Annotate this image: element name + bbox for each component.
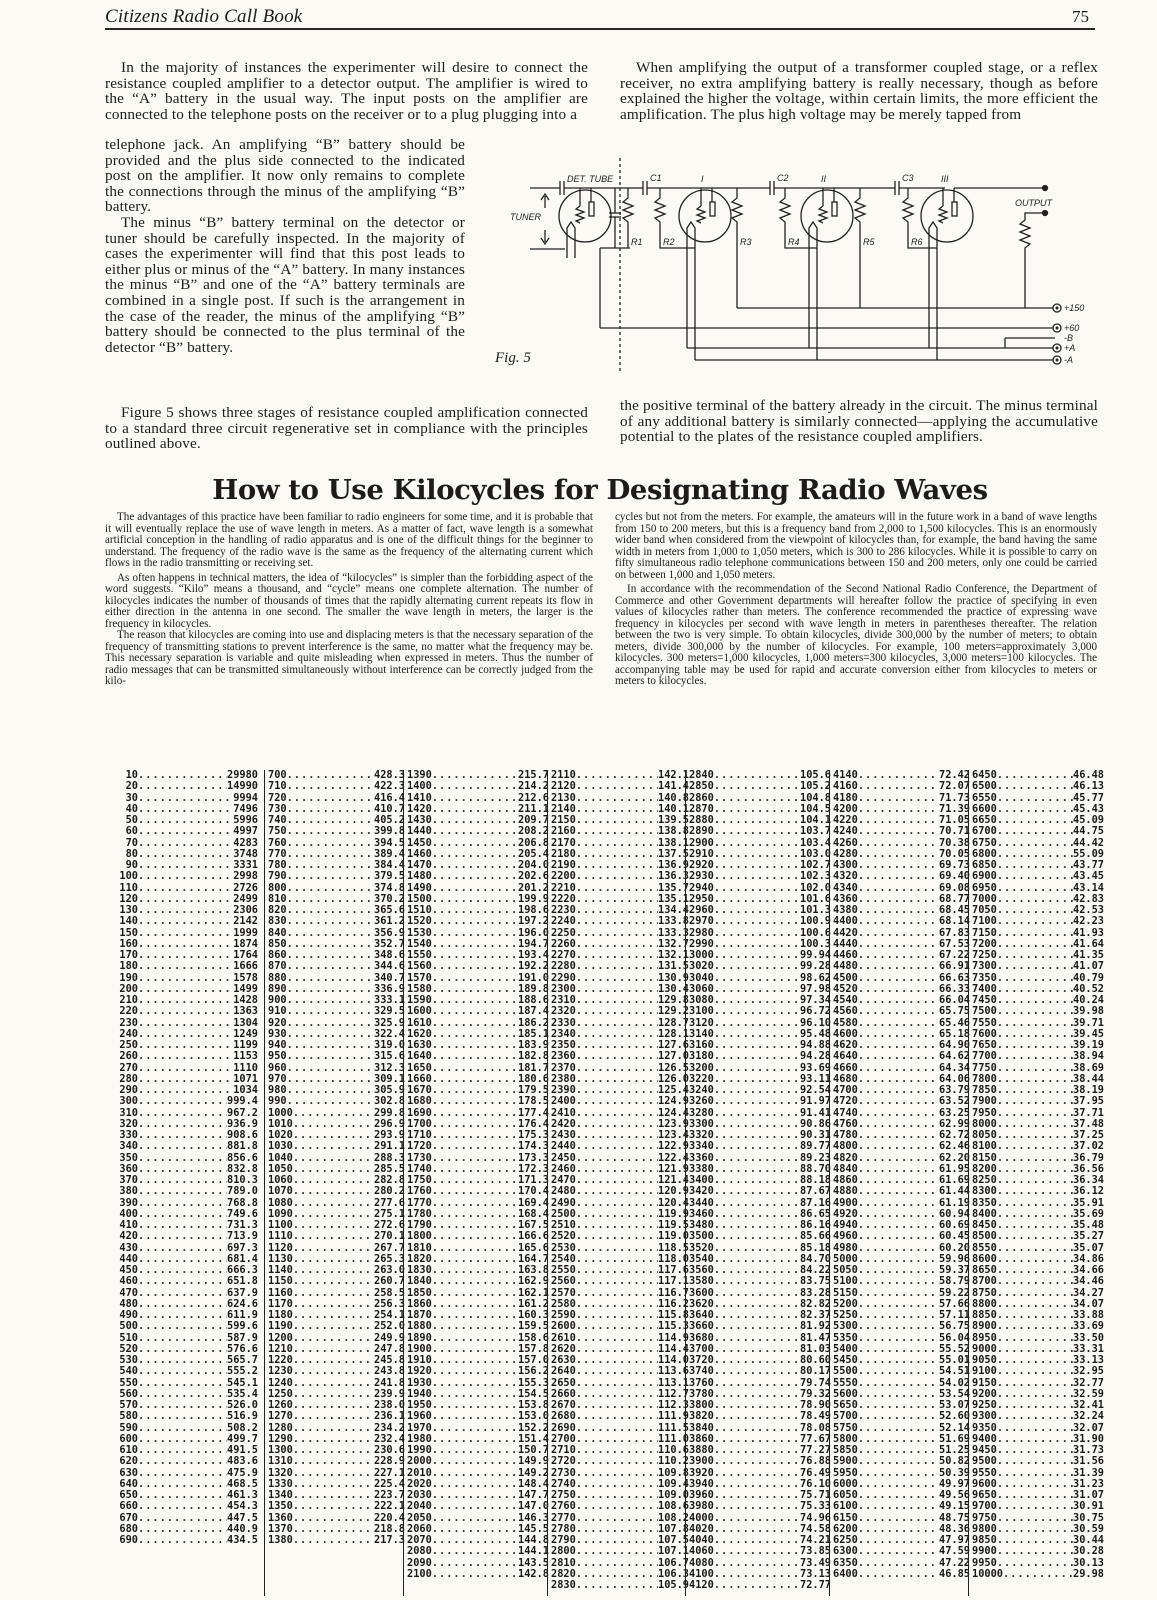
paragraph-text: telephone jack. An amplifying “B” batter… <box>105 137 465 215</box>
table-row: 1880....................159.5 <box>407 1321 549 1332</box>
leader-dots: .................... <box>138 1501 227 1512</box>
meters-or-kc-value: 2520 <box>551 1231 576 1242</box>
leader-dots: .................... <box>576 928 658 939</box>
leader-dots: .................... <box>997 1434 1073 1445</box>
leader-dots: .................... <box>432 1411 518 1422</box>
meters-or-kc-value: 6700 <box>972 826 997 837</box>
leader-dots: .................... <box>997 1445 1073 1456</box>
meters-or-kc-value: 9700 <box>972 1501 997 1512</box>
converted-value: 44.75 <box>1073 826 1104 837</box>
table-row: 2640....................113.6 <box>551 1366 689 1377</box>
leader-dots: .................... <box>858 1051 939 1062</box>
leader-dots: .................... <box>997 1411 1073 1422</box>
leader-dots: .................... <box>293 1411 374 1422</box>
leader-dots: .................... <box>576 984 658 995</box>
table-row: 5900....................50.82 <box>833 1456 970 1467</box>
table-row: 1110....................270.1 <box>268 1231 405 1242</box>
table-row: 1350....................222.1 <box>268 1501 405 1512</box>
converted-value: 85.66 <box>800 1231 831 1242</box>
meters-or-kc-value: 870 <box>268 961 287 972</box>
leader-dots: .................... <box>576 838 658 849</box>
meters-or-kc-value: 4480 <box>833 961 858 972</box>
meters-or-kc-value: 8100 <box>972 1141 997 1152</box>
meters-or-kc-value: 620 <box>108 1456 138 1467</box>
leader-dots: .................... <box>714 939 800 950</box>
meters-or-kc-value: 660 <box>108 1501 138 1512</box>
leader-dots: .................... <box>138 1524 227 1535</box>
leader-dots: .................... <box>858 1569 939 1580</box>
table-row: 4320....................69.40 <box>833 871 970 882</box>
leader-dots: .................... <box>287 804 374 815</box>
table-row: 2830....................105.9 <box>551 1580 689 1591</box>
leader-dots: .................... <box>293 1344 374 1355</box>
leader-dots: .................... <box>576 1186 658 1197</box>
converted-value: 454.3 <box>227 1501 258 1512</box>
paragraph-text: The reason that kilocycles are coming in… <box>105 630 593 688</box>
converted-value: 42.23 <box>1073 916 1104 927</box>
leader-dots: .................... <box>858 1501 939 1512</box>
leader-dots: .................... <box>714 883 800 894</box>
leader-dots: .................... <box>138 950 233 961</box>
leader-dots: .................... <box>858 1310 939 1321</box>
meters-or-kc-value: 4060 <box>689 1546 714 1557</box>
leader-dots: .................... <box>997 883 1073 894</box>
meters-or-kc-value: 9900 <box>972 1546 997 1557</box>
meters-or-kc-value: 3980 <box>689 1501 714 1512</box>
converted-value: 1153 <box>233 1051 258 1062</box>
leader-dots: .................... <box>138 1490 227 1501</box>
table-row: 2520....................119.0 <box>551 1231 689 1242</box>
leader-dots: .................... <box>997 1423 1073 1434</box>
leader-dots: .................... <box>714 1400 800 1411</box>
leader-dots: .................... <box>576 1546 658 1557</box>
leader-dots: .................... <box>287 781 374 792</box>
leader-dots: .................... <box>287 939 374 950</box>
leader-dots: .................... <box>714 1164 800 1175</box>
leader-dots: .................... <box>576 815 658 826</box>
table-row: 3580....................83.75 <box>689 1276 831 1287</box>
leader-dots: .................... <box>714 1085 800 1096</box>
paragraph-text: the positive terminal of the battery alr… <box>620 398 1098 445</box>
leader-dots: .................... <box>432 1164 518 1175</box>
table-row: 4480....................66.91 <box>833 961 970 972</box>
leader-dots: .................... <box>287 770 374 781</box>
leader-dots: .................... <box>576 1276 658 1287</box>
table-row: 660....................454.3 <box>108 1501 258 1512</box>
meters-or-kc-value: 1070 <box>268 1186 293 1197</box>
meters-or-kc-value: 1190 <box>268 1321 293 1332</box>
table-row: 870....................344.6 <box>268 961 405 972</box>
leader-dots: .................... <box>293 1321 374 1332</box>
leader-dots: .................... <box>138 1209 227 1220</box>
table-row: 1720....................174.3 <box>407 1141 549 1152</box>
meters-or-kc-value: 950 <box>268 1051 287 1062</box>
leader-dots: .................... <box>858 1276 939 1287</box>
leader-dots: .................... <box>858 1040 939 1051</box>
leader-dots: .................... <box>576 1333 658 1344</box>
meters-or-kc-value: 7100 <box>972 916 997 927</box>
meters-or-kc-value: 1270 <box>268 1411 293 1422</box>
leader-dots: .................... <box>714 1040 800 1051</box>
leader-dots: .................... <box>714 1186 800 1197</box>
meters-or-kc-value: 2360 <box>551 1051 576 1062</box>
leader-dots: .................... <box>997 1535 1073 1546</box>
converted-value: 76.88 <box>800 1456 831 1467</box>
table-row: 5700....................52.60 <box>833 1411 970 1422</box>
article-narrow-column: telephone jack. An amplifying “B” batter… <box>105 137 465 355</box>
meters-or-kc-value: 3500 <box>689 1231 714 1242</box>
leader-dots: .................... <box>432 1085 518 1096</box>
meters-or-kc-value: 2970 <box>689 916 714 927</box>
leader-dots: .................... <box>293 1265 374 1276</box>
table-row: 2000....................149.9 <box>407 1456 549 1467</box>
meters-or-kc-value: 2930 <box>689 871 714 882</box>
converted-value: 60.45 <box>939 1231 970 1242</box>
leader-dots: .................... <box>138 1468 227 1479</box>
leader-dots: .................... <box>858 1513 939 1524</box>
leader-dots: .................... <box>293 1108 374 1119</box>
leader-dots: .................... <box>997 1288 1073 1299</box>
leader-dots: .................... <box>576 1063 658 1074</box>
converted-value: 35.27 <box>1073 1231 1104 1242</box>
table-row: 500....................599.6 <box>108 1321 258 1332</box>
leader-dots: .................... <box>293 1479 374 1490</box>
meters-or-kc-value: 6100 <box>833 1501 858 1512</box>
meters-or-kc-value: 1400 <box>407 781 432 792</box>
table-row: 2280....................131.5 <box>551 961 689 972</box>
table-row: 8700....................34.46 <box>972 1276 1104 1287</box>
leader-dots: .................... <box>138 1141 227 1152</box>
table-row: 2850....................105.2 <box>689 781 831 792</box>
leader-dots: .................... <box>432 1018 518 1029</box>
table-row: 9900....................30.28 <box>972 1546 1104 1557</box>
converted-value: 39.98 <box>1073 1006 1104 1017</box>
leader-dots: .................... <box>714 1299 800 1310</box>
leader-dots: .................... <box>432 781 518 792</box>
table-row: 4800....................62.46 <box>833 1141 970 1152</box>
table-row: 4560....................65.75 <box>833 1006 970 1017</box>
table-row: 6700....................44.75 <box>972 826 1104 837</box>
leader-dots: .................... <box>997 961 1073 972</box>
leader-dots: .................... <box>138 1006 233 1017</box>
table-row: 340....................881.8 <box>108 1141 258 1152</box>
svg-text:II: II <box>821 174 827 184</box>
table-row: 1520....................197.2 <box>407 916 549 927</box>
leader-dots: .................... <box>714 838 800 849</box>
leader-dots: .................... <box>576 1400 658 1411</box>
leader-dots: .................... <box>714 1220 800 1231</box>
leader-dots: .................... <box>293 1288 374 1299</box>
table-column: 6450....................46.486500.......… <box>968 770 1104 1596</box>
converted-value: 999.4 <box>227 1096 258 1107</box>
leader-dots: .................... <box>858 1063 939 1074</box>
table-row: 790....................379.5 <box>268 871 405 882</box>
leader-dots: .................... <box>576 1321 658 1332</box>
leader-dots: .................... <box>138 905 233 916</box>
meters-or-kc-value: 1680 <box>407 1096 432 1107</box>
leader-dots: .................... <box>432 849 518 860</box>
kilocycles-right-column: cycles but not from the meters. For exam… <box>615 512 1097 688</box>
leader-dots: .................... <box>576 1434 658 1445</box>
leader-dots: .................... <box>293 1513 374 1524</box>
table-row: 2440....................122.9 <box>551 1141 689 1152</box>
leader-dots: .................... <box>576 973 658 984</box>
leader-dots: .................... <box>293 1130 374 1141</box>
meters-or-kc-value: 3260 <box>689 1096 714 1107</box>
leader-dots: .................... <box>287 793 374 804</box>
meters-or-kc-value: 3340 <box>689 1141 714 1152</box>
table-row: 6100....................49.15 <box>833 1501 970 1512</box>
meters-or-kc-value: 10000 <box>972 1569 1003 1580</box>
table-row: 20....................14990 <box>108 781 258 792</box>
table-row: 2680....................111.9 <box>551 1411 689 1422</box>
leader-dots: .................... <box>858 1141 939 1152</box>
converted-value: 182.8 <box>518 1051 549 1062</box>
leader-dots: .................... <box>576 916 658 927</box>
leader-dots: .................... <box>858 1366 939 1377</box>
leader-dots: .................... <box>997 984 1073 995</box>
leader-dots: .................... <box>858 916 939 927</box>
converted-value: 68.14 <box>939 916 970 927</box>
converted-value: 66.91 <box>939 961 970 972</box>
leader-dots: .................... <box>293 1220 374 1231</box>
meters-or-kc-value: 2400 <box>551 1096 576 1107</box>
meters-or-kc-value: 2000 <box>407 1456 432 1467</box>
converted-value: 105.2 <box>800 781 831 792</box>
table-row: 220....................1363 <box>108 1006 258 1017</box>
table-row: 1960....................153.0 <box>407 1411 549 1422</box>
converted-value: 159.5 <box>518 1321 549 1332</box>
paragraph-text: cycles but not from the meters. For exam… <box>615 512 1097 581</box>
leader-dots: .................... <box>287 1051 374 1062</box>
converted-value: 149.9 <box>518 1456 549 1467</box>
leader-dots: .................... <box>432 1029 518 1040</box>
leader-dots: .................... <box>576 1018 658 1029</box>
leader-dots: .................... <box>432 804 518 815</box>
table-row: 1680....................178.5 <box>407 1096 549 1107</box>
converted-value: 280.2 <box>374 1186 405 1197</box>
leader-dots: .................... <box>432 815 518 826</box>
leader-dots: .................... <box>997 1400 1073 1411</box>
converted-value: 89.77 <box>800 1141 831 1152</box>
meters-or-kc-value: 6400 <box>833 1569 858 1580</box>
leader-dots: .................... <box>432 1220 518 1231</box>
svg-text:OUTPUT: OUTPUT <box>1015 198 1054 208</box>
converted-value: 94.28 <box>800 1051 831 1062</box>
converted-value: 260.7 <box>374 1276 405 1287</box>
converted-value: 434.5 <box>227 1535 258 1546</box>
converted-value: 69.40 <box>939 871 970 882</box>
leader-dots: .................... <box>858 1164 939 1175</box>
table-row: 4240....................70.71 <box>833 826 970 837</box>
leader-dots: .................... <box>432 1130 518 1141</box>
leader-dots: .................... <box>432 1254 518 1265</box>
leader-dots: .................... <box>293 1209 374 1220</box>
leader-dots: .................... <box>293 1535 374 1546</box>
leader-dots: .................... <box>432 1141 518 1152</box>
leader-dots: .................... <box>997 781 1073 792</box>
leader-dots: .................... <box>858 1175 939 1186</box>
leader-dots: .................... <box>714 916 800 927</box>
leader-dots: .................... <box>997 1276 1073 1287</box>
leader-dots: .................... <box>293 1366 374 1377</box>
leader-dots: .................... <box>287 905 374 916</box>
table-row: 420....................713.9 <box>108 1231 258 1242</box>
table-row: 1840....................162.9 <box>407 1276 549 1287</box>
leader-dots: .................... <box>576 1378 658 1389</box>
paragraph-text: When amplifying the output of a transfor… <box>620 60 1098 122</box>
publication-title: Citizens Radio Call Book <box>105 6 302 28</box>
table-row: 8500....................35.27 <box>972 1231 1104 1242</box>
meters-or-kc-value: 1350 <box>268 1501 293 1512</box>
meters-or-kc-value: 2080 <box>407 1546 432 1557</box>
converted-value: 2142 <box>233 916 258 927</box>
table-row: 380....................789.0 <box>108 1186 258 1197</box>
leader-dots: .................... <box>858 939 939 950</box>
converted-value: 103.7 <box>800 826 831 837</box>
leader-dots: .................... <box>997 973 1073 984</box>
meters-or-kc-value: 1480 <box>407 871 432 882</box>
table-row: 9700....................30.91 <box>972 1501 1104 1512</box>
converted-value: 38.94 <box>1073 1051 1104 1062</box>
leader-dots: .................... <box>714 905 800 916</box>
meters-or-kc-value: 20 <box>108 781 138 792</box>
table-row: 1270....................236.1 <box>268 1411 405 1422</box>
leader-dots: .................... <box>858 1108 939 1119</box>
converted-value: 252.0 <box>374 1321 405 1332</box>
converted-value: 91.97 <box>800 1096 831 1107</box>
leader-dots: .................... <box>576 1366 658 1377</box>
leader-dots: .................... <box>576 1096 658 1107</box>
leader-dots: .................... <box>714 1018 800 1029</box>
leader-dots: .................... <box>858 1029 939 1040</box>
leader-dots: .................... <box>432 1006 518 1017</box>
meters-or-kc-value: 2480 <box>551 1186 576 1197</box>
table-row: 5300....................56.75 <box>833 1321 970 1332</box>
table-row: 2100....................142.8 <box>407 1569 549 1580</box>
leader-dots: .................... <box>714 860 800 871</box>
leader-dots: .................... <box>997 1546 1073 1557</box>
converted-value: 170.4 <box>518 1186 549 1197</box>
leader-dots: .................... <box>138 1074 233 1085</box>
leader-dots: .................... <box>576 1153 658 1164</box>
leader-dots: .................... <box>714 1490 800 1501</box>
meters-or-kc-value: 6500 <box>972 781 997 792</box>
table-column: 700....................428.3710.........… <box>264 770 405 1596</box>
leader-dots: .................... <box>576 770 658 781</box>
meters-or-kc-value: 910 <box>268 1006 287 1017</box>
leader-dots: .................... <box>714 1029 800 1040</box>
table-row: 2970....................100.9 <box>689 916 831 927</box>
leader-dots: .................... <box>997 1321 1073 1332</box>
meters-or-kc-value: 260 <box>108 1051 138 1062</box>
leader-dots: .................... <box>576 1411 658 1422</box>
leader-dots: .................... <box>287 984 374 995</box>
meters-or-kc-value: 2680 <box>551 1411 576 1422</box>
leader-dots: .................... <box>714 849 800 860</box>
converted-value: 166.6 <box>518 1231 549 1242</box>
converted-value: 222.1 <box>374 1501 405 1512</box>
table-row: 8900....................33.69 <box>972 1321 1104 1332</box>
leader-dots: .................... <box>997 849 1073 860</box>
leader-dots: .................... <box>576 1220 658 1231</box>
leader-dots: .................... <box>858 838 939 849</box>
leader-dots: .................... <box>858 793 939 804</box>
table-column: 2840....................105.62850.......… <box>685 770 831 1596</box>
meters-or-kc-value: 2640 <box>551 1366 576 1377</box>
leader-dots: .................... <box>432 1546 518 1557</box>
meters-or-kc-value: 710 <box>268 781 287 792</box>
leader-dots: .................... <box>138 1299 227 1310</box>
leader-dots: .................... <box>138 1479 227 1490</box>
converted-value: 344.6 <box>374 961 405 972</box>
table-column: 1390....................215.71400.......… <box>403 770 549 1596</box>
leader-dots: .................... <box>714 1175 800 1186</box>
leader-dots: .................... <box>287 916 374 927</box>
page-number: 75 <box>1072 7 1089 27</box>
leader-dots: .................... <box>714 1276 800 1287</box>
table-row: 9300....................32.24 <box>972 1411 1104 1422</box>
leader-dots: .................... <box>714 1389 800 1400</box>
table-row: 3100....................96.72 <box>689 1006 831 1017</box>
circuit-diagram-fig5: TUNER DET. TUBE R1 C1 R2 I R3 <box>505 148 1100 378</box>
leader-dots: .................... <box>293 1175 374 1186</box>
meters-or-kc-value: 9300 <box>972 1411 997 1422</box>
leader-dots: .................... <box>997 1456 1073 1467</box>
paragraph-text: The minus “B” battery terminal on the de… <box>105 215 465 355</box>
converted-value: 81.92 <box>800 1321 831 1332</box>
leader-dots: .................... <box>858 995 939 1006</box>
table-column: 4140....................72.424160.......… <box>829 770 970 1596</box>
leader-dots: .................... <box>858 1153 939 1164</box>
svg-text:DET. TUBE: DET. TUBE <box>567 174 614 184</box>
leader-dots: .................... <box>138 1400 227 1411</box>
table-row: 4720....................63.52 <box>833 1096 970 1107</box>
leader-dots: .................... <box>997 1006 1073 1017</box>
leader-dots: .................... <box>293 1445 374 1456</box>
leader-dots: .................... <box>576 1175 658 1186</box>
converted-value: 1363 <box>233 1006 258 1017</box>
meters-or-kc-value: 1110 <box>268 1231 293 1242</box>
leader-dots: .................... <box>138 1411 227 1422</box>
leader-dots: .................... <box>432 1186 518 1197</box>
leader-dots: .................... <box>576 1468 658 1479</box>
table-row: 2040....................147.0 <box>407 1501 549 1512</box>
leader-dots: .................... <box>858 804 939 815</box>
leader-dots: .................... <box>287 1085 374 1096</box>
svg-text:-A: -A <box>1064 355 1073 365</box>
meters-or-kc-value: 8700 <box>972 1276 997 1287</box>
table-row: 5500....................54.51 <box>833 1366 970 1377</box>
leader-dots: .................... <box>997 1096 1073 1107</box>
meters-or-kc-value: 3100 <box>689 1006 714 1017</box>
leader-dots: .................... <box>997 1108 1073 1119</box>
table-row: 1640....................182.8 <box>407 1051 549 1062</box>
leader-dots: .................... <box>714 871 800 882</box>
table-row: 3740....................80.17 <box>689 1366 831 1377</box>
meters-or-kc-value: 2280 <box>551 961 576 972</box>
leader-dots: .................... <box>138 1456 227 1467</box>
table-row: 1310....................228.9 <box>268 1456 405 1467</box>
converted-value: 214.2 <box>518 781 549 792</box>
meters-or-kc-value: 4880 <box>833 1186 858 1197</box>
leader-dots: .................... <box>858 815 939 826</box>
leader-dots: .................... <box>576 1265 658 1276</box>
table-row: 100....................2998 <box>108 871 258 882</box>
table-row: 180....................1666 <box>108 961 258 972</box>
leader-dots: .................... <box>714 1445 800 1456</box>
svg-text:I: I <box>701 174 704 184</box>
